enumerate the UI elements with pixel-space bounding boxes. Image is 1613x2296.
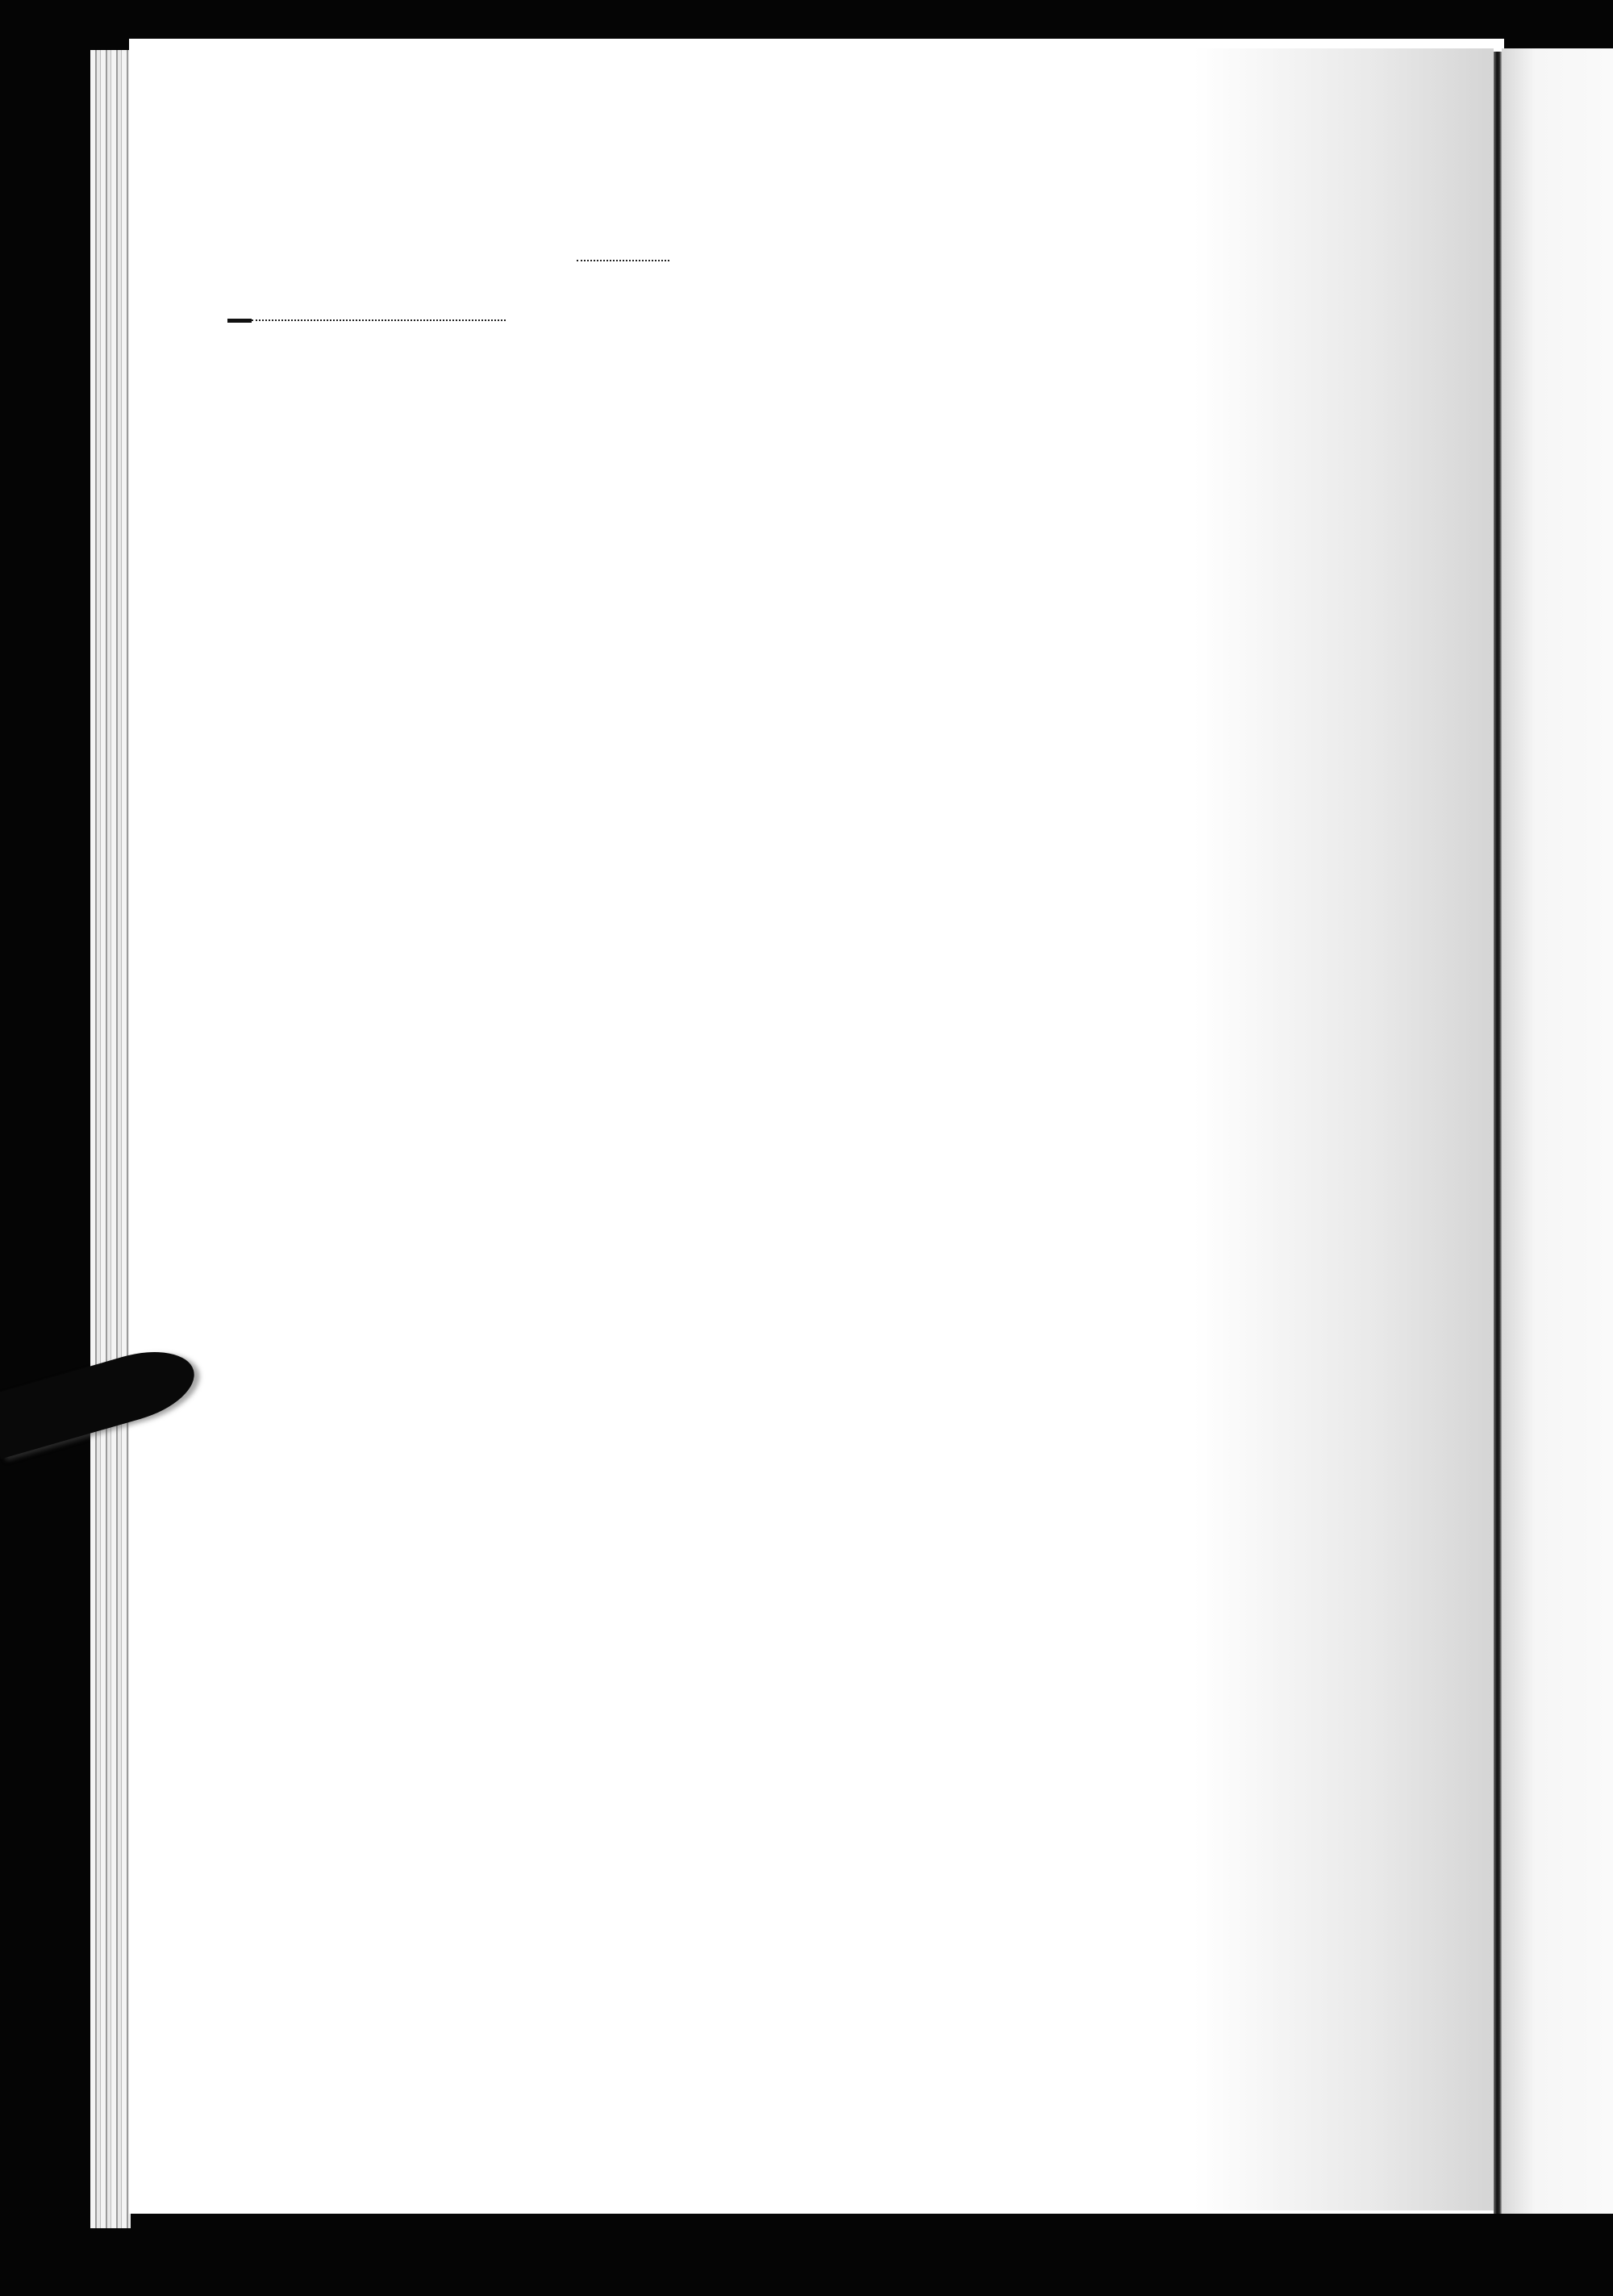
rule — [252, 319, 506, 321]
rule — [227, 319, 252, 323]
entry-number-rule — [577, 260, 669, 261]
death-register-form — [0, 0, 1613, 2296]
